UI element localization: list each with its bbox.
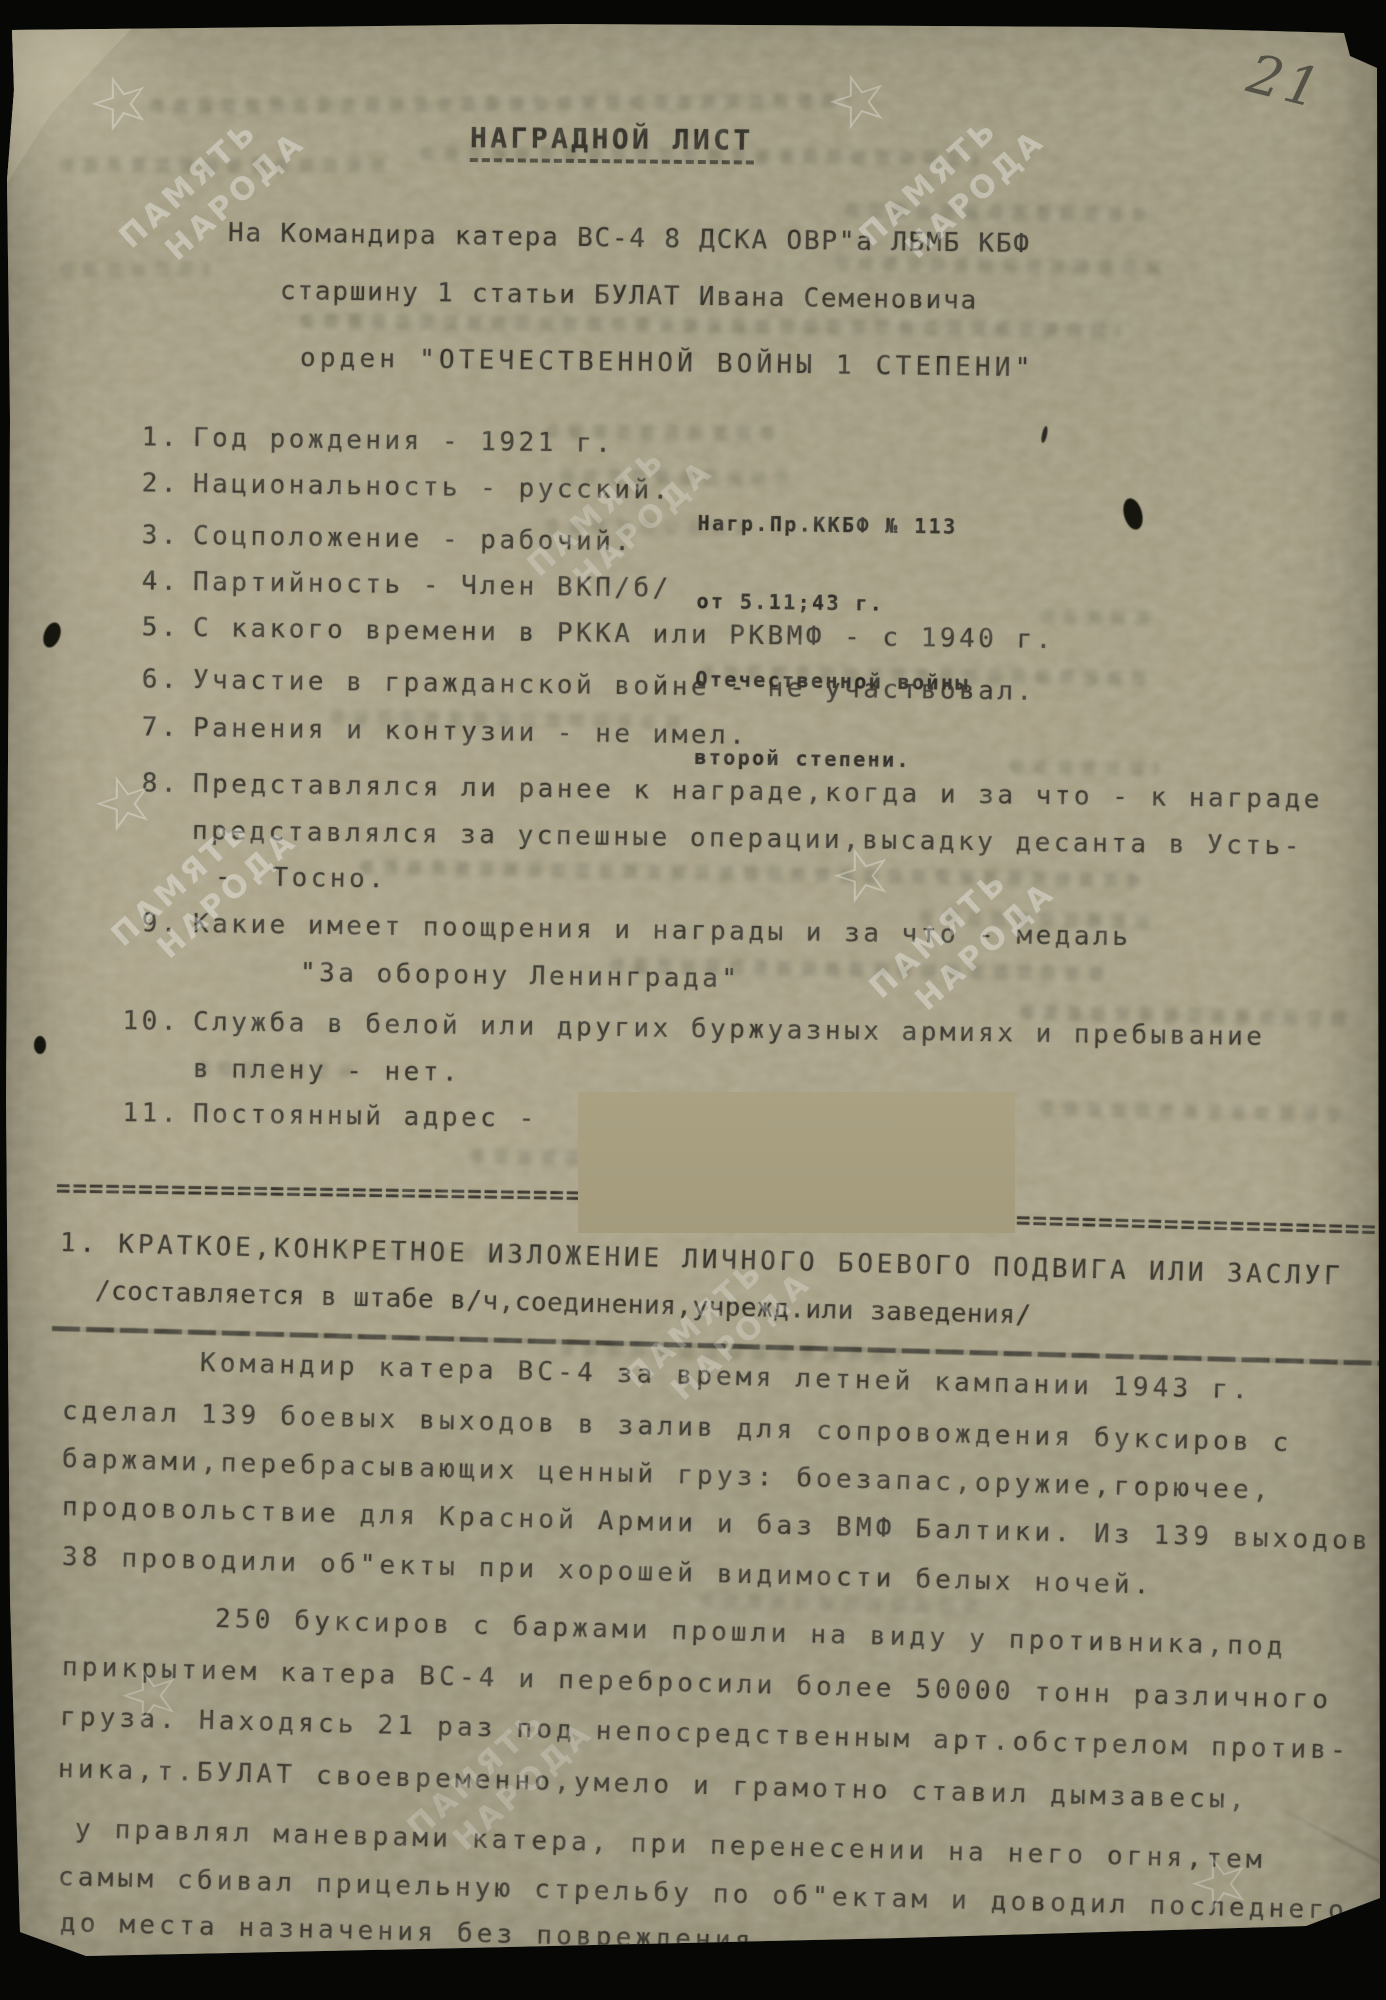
header-line-3: орден "ОТЕЧЕСТВЕННОЙ ВОЙНЫ 1 СТЕПЕНИ" xyxy=(300,345,1035,381)
award-order-note: Нагр.Пр.ККБФ № 113 от 5.11;43 г. Отечест… xyxy=(693,458,972,826)
item-11-number: 11. xyxy=(118,1100,180,1127)
divider-equals-right: ====================== xyxy=(1016,1208,1378,1241)
item-2-text: Национальность - русский. xyxy=(193,469,672,506)
citation-p2-line-7: до места назначения без повреждения. xyxy=(60,1910,775,1955)
item-1-text: Год рождения - 1921 г. xyxy=(193,423,615,459)
item-10-number: 10. xyxy=(118,1008,180,1035)
citation-p1-line-5: 38 проводили об"екты при хорошей видимос… xyxy=(62,1544,1154,1599)
item-1: 1.Год рождения - 1921 г. xyxy=(118,424,615,457)
watermark-star-icon: ☆ xyxy=(81,752,168,852)
citation-p1-line-2: сделал 139 боевых выходов в залив для со… xyxy=(62,1398,1293,1456)
item-6-number: 6. xyxy=(118,666,180,693)
item-3-text: Соцположение - рабочий. xyxy=(193,521,634,557)
item-9-number: 9. xyxy=(118,910,180,937)
doc-title: НАГРАДНОЙ ЛИСТ xyxy=(470,124,754,164)
ghost-text-smudge xyxy=(360,859,1140,888)
citation-p2-line-3: груза. Находясь 21 раз под непосредствен… xyxy=(60,1704,1351,1764)
paper-flaw-speck xyxy=(34,1036,46,1054)
item-2: 2.Национальность - русский. xyxy=(118,470,672,504)
redaction-box xyxy=(578,1092,1015,1233)
ghost-text-smudge xyxy=(1010,759,1160,777)
citation-p1-line-3: баржами,перебрасывающих ценный груз: бое… xyxy=(62,1446,1273,1504)
paper-crease xyxy=(1264,1799,1386,1900)
item-8-number: 8. xyxy=(118,770,180,797)
item-2-number: 2. xyxy=(118,470,180,497)
item-4-text: Партийность - Член ВКП/б/ xyxy=(193,567,672,604)
citation-p2-line-4: ника,т.БУЛАТ своевременно,умело и грамот… xyxy=(58,1756,1249,1813)
item-11: 11.Постоянный адрес - xyxy=(118,1100,538,1132)
ghost-text-smudge xyxy=(150,93,850,114)
item-1-number: 1. xyxy=(118,424,180,451)
item-8-line-2: представлялся за успешные операции,высад… xyxy=(192,818,1303,860)
stamp-line-4: второй степени. xyxy=(694,744,969,774)
item-8-line-3: - Тосно. xyxy=(215,864,388,892)
item-7-number: 7. xyxy=(118,714,180,741)
page-number: 21 xyxy=(1241,42,1329,121)
item-7-text: Ранения и контузии - не имел. xyxy=(193,713,749,751)
stamp-line-1: Нагр.Пр.ККБФ № 113 xyxy=(697,510,972,540)
citation-p2-line-2: прикрытием катера ВС-4 и перебросили бол… xyxy=(62,1654,1333,1713)
document-scan: 21 НАГРАДНОЙ ЛИСТ На Командира катера ВС… xyxy=(0,0,1386,2000)
item-3: 3.Соцположение - рабочий. xyxy=(118,522,634,555)
ghost-text-smudge xyxy=(1040,1101,1340,1122)
ghost-text-smudge xyxy=(700,1593,980,1615)
citation-p2-line-5: у правлял маневрами катера, при перенесе… xyxy=(75,1816,1266,1873)
ghost-text-smudge xyxy=(845,203,1145,222)
ghost-text-smudge xyxy=(1040,609,1160,626)
ghost-text-smudge xyxy=(60,158,390,173)
section-subheading: /составляется в штабе в/ч,соединения,учр… xyxy=(95,1278,1032,1329)
ghost-text-smudge xyxy=(60,262,210,277)
header-line-2: старшину 1 статьи БУЛАТ Ивана Семеновича xyxy=(280,278,978,314)
header-line-1: На Командира катера ВС-4 8 ДСКА ОВР"а ЛБ… xyxy=(228,220,1031,257)
ink-mark xyxy=(1040,426,1048,444)
item-4-number: 4. xyxy=(118,568,180,595)
citation-p2-line-1: 250 буксиров с баржами прошли на виду у … xyxy=(215,1606,1287,1660)
item-5-number: 5. xyxy=(118,614,180,641)
watermark-word-1: ПАМЯТЬ xyxy=(520,441,673,584)
item-9-line-2: "За оборону Ленинграда" xyxy=(300,960,741,992)
item-7: 7.Ранения и контузии - не имел. xyxy=(118,714,749,749)
item-3-number: 3. xyxy=(118,522,180,549)
divider-equals-left: ================================ xyxy=(56,1176,583,1207)
paper-flaw-speck xyxy=(40,620,64,650)
ink-blot xyxy=(1120,496,1146,532)
stamp-line-2: от 5.11;43 г. xyxy=(696,588,971,618)
ghost-text-smudge xyxy=(300,313,1120,338)
item-11-text: Постоянный адрес - xyxy=(193,1099,538,1134)
stamp-line-3: Отечественной войны xyxy=(695,666,970,696)
item-10-line-2: в плену - нет. xyxy=(193,1056,461,1086)
item-4: 4.Партийность - Член ВКП/б/ xyxy=(118,568,672,602)
